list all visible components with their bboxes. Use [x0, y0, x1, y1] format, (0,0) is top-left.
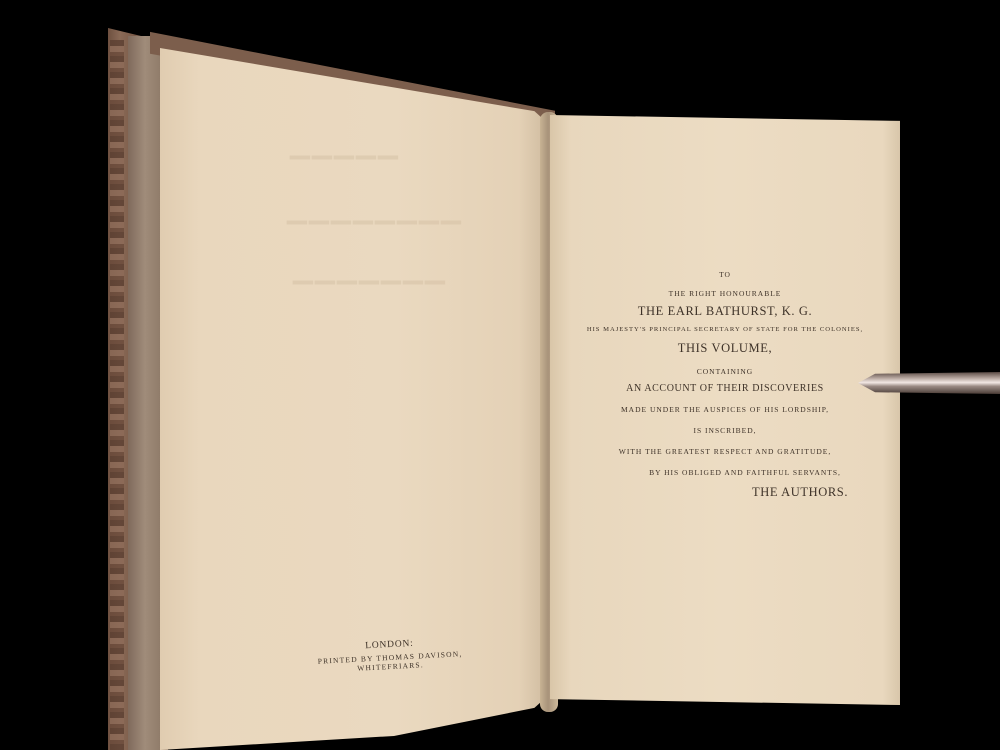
bleed-through-text: ▁▁▁▁▁▁▁: [250, 255, 490, 285]
dedication-line: AN ACCOUNT OF THEIR DISCOVERIES: [575, 383, 875, 394]
dedication-line: TO: [575, 270, 875, 279]
dedication-block: TO THE RIGHT HONOURABLE THE EARL BATHURS…: [575, 270, 875, 500]
dedication-line: THIS VOLUME,: [575, 341, 875, 356]
cover-turn-in: [128, 36, 162, 750]
photo-scene: ▁▁▁▁▁ ▁▁▁▁▁▁▁▁ ▁▁▁▁▁▁▁ LONDON: PRINTED B…: [0, 0, 1000, 750]
bleed-through-text: ▁▁▁▁▁: [260, 130, 430, 160]
dedication-line: THE RIGHT HONOURABLE: [575, 289, 875, 298]
dedication-line: CONTAINING: [575, 367, 875, 376]
dedication-line: HIS MAJESTY'S PRINCIPAL SECRETARY OF STA…: [575, 326, 875, 333]
dedication-signature: THE AUTHORS.: [575, 485, 875, 500]
dedication-line: THE EARL BATHURST, K. G.: [575, 304, 875, 319]
cover-tooling: [110, 40, 124, 750]
dedication-line: WITH THE GREATEST RESPECT AND GRATITUDE,: [575, 447, 875, 456]
dedication-line: MADE UNDER THE AUSPICES OF HIS LORDSHIP,: [575, 405, 875, 414]
letter-opener-blade: [858, 372, 1000, 394]
dedication-line: BY HIS OBLIGED AND FAITHFUL SERVANTS,: [575, 468, 875, 477]
bleed-through-text: ▁▁▁▁▁▁▁▁: [240, 195, 510, 225]
dedication-line: IS INSCRIBED,: [575, 426, 875, 435]
